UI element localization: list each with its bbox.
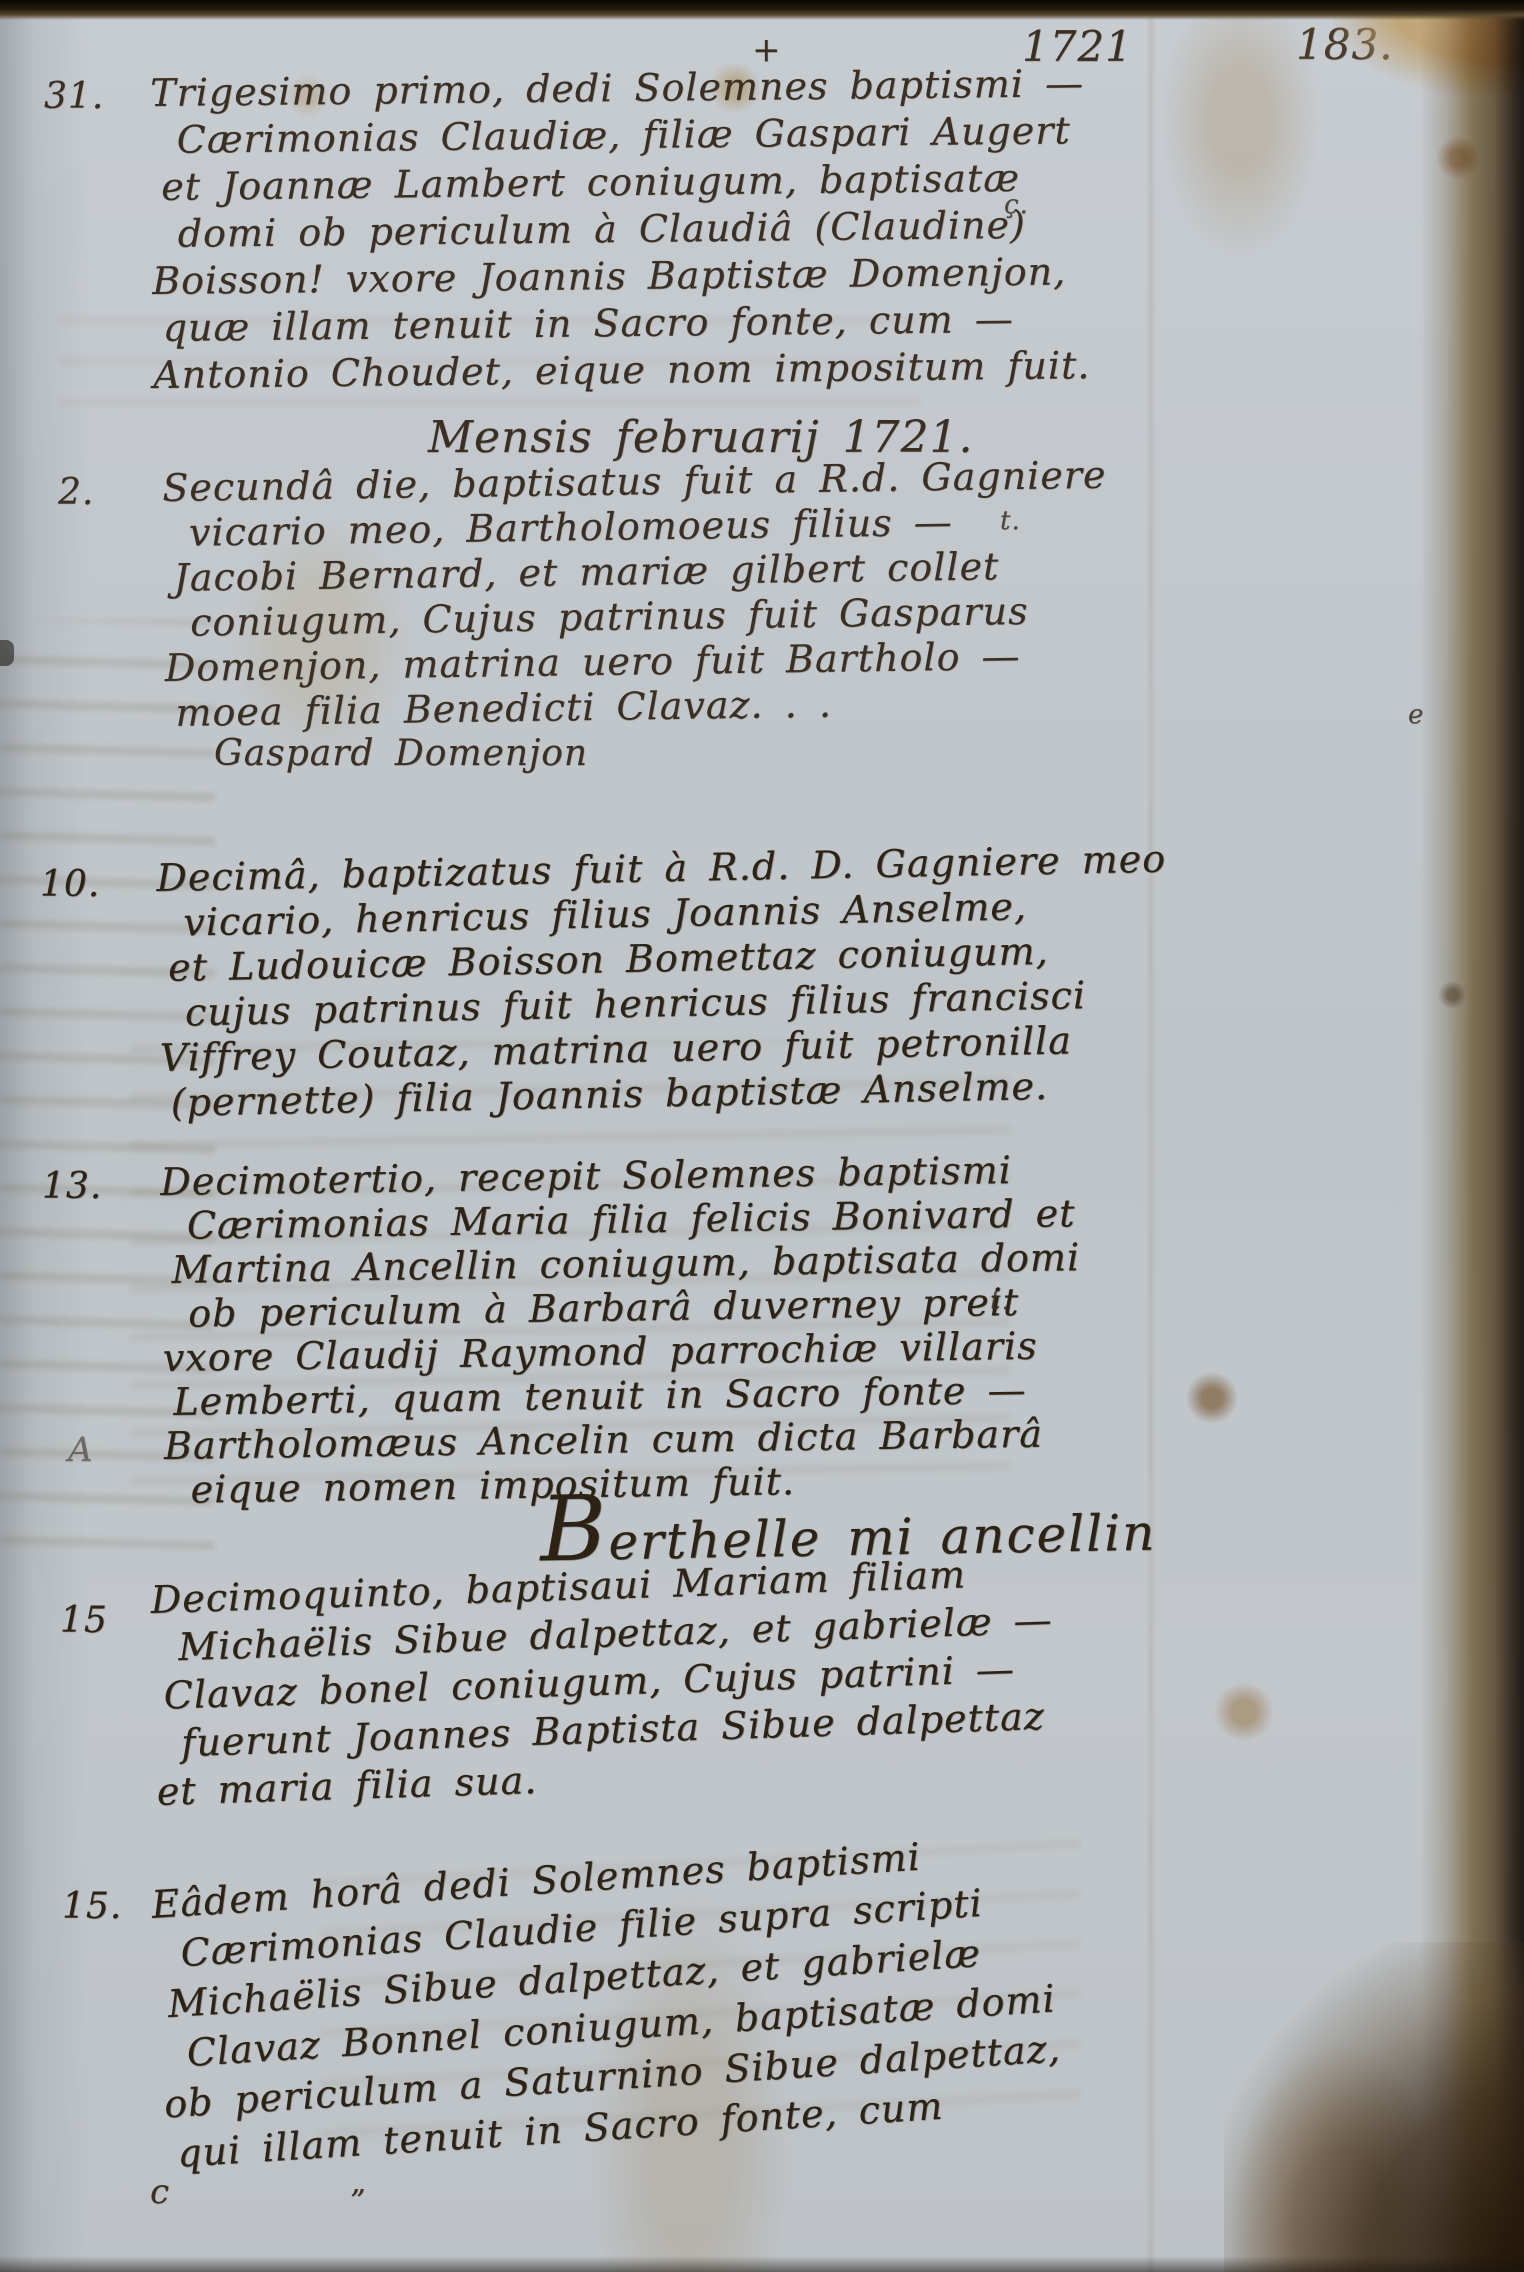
- entry-day-number: 31.: [44, 76, 104, 117]
- scan-top-edge: [0, 0, 1524, 20]
- baptism-entry-feb-15-first: Decimoquinto, baptisaui Mariam filiamMic…: [150, 1548, 1058, 1816]
- entry-day-number: 2.: [58, 472, 94, 513]
- manuscript-line: Antonio Choudet, eique nom impositum fui…: [153, 342, 1091, 399]
- margin-ink-mark: ç.: [1004, 190, 1029, 220]
- margin-ink-mark: t.: [990, 1286, 1011, 1316]
- baptism-entry-jan-31: Trigesimo primo, dedi Solemnes baptismi …: [150, 60, 1091, 399]
- margin-ink-mark: t.: [1000, 506, 1021, 536]
- baptism-entry-feb-15-second: Eâdem horâ dedi Solemnes baptismiCærimon…: [150, 1824, 1065, 2180]
- bottom-right-edge-shadow: [1224, 1942, 1524, 2272]
- baptism-entry-feb-2: Secundâ die, baptisatus fuit a R.d. Gagn…: [162, 453, 1110, 736]
- entry-day-number: 10.: [40, 864, 100, 905]
- margin-ink-mark: A: [68, 1430, 94, 1470]
- entry-day-number: 15.: [62, 1886, 122, 1927]
- entry-day-number: 15: [60, 1600, 108, 1641]
- footer-ink-mark: ”: [350, 2184, 366, 2219]
- baptism-entry-feb-13: Decimotertio, recepit Solemnes baptismiC…: [160, 1147, 1083, 1512]
- book-page-edges: [1420, 0, 1524, 2272]
- entry-day-number: 13.: [42, 1166, 102, 1207]
- page-crease: [1146, 0, 1156, 2272]
- footer-ink-mark: c: [150, 2172, 170, 2212]
- scan-bottom-edge: [0, 2256, 1524, 2272]
- signature-gaspard-domenjon: Gaspard Domenjon: [214, 733, 588, 774]
- left-edge-notch: [0, 640, 14, 666]
- scanned-register-page: + 1721 183. 31. Trigesimo primo, dedi So…: [0, 0, 1524, 2272]
- baptism-entry-feb-10: Decimâ, baptizatus fuit à R.d. D. Gagnie…: [156, 837, 1171, 1126]
